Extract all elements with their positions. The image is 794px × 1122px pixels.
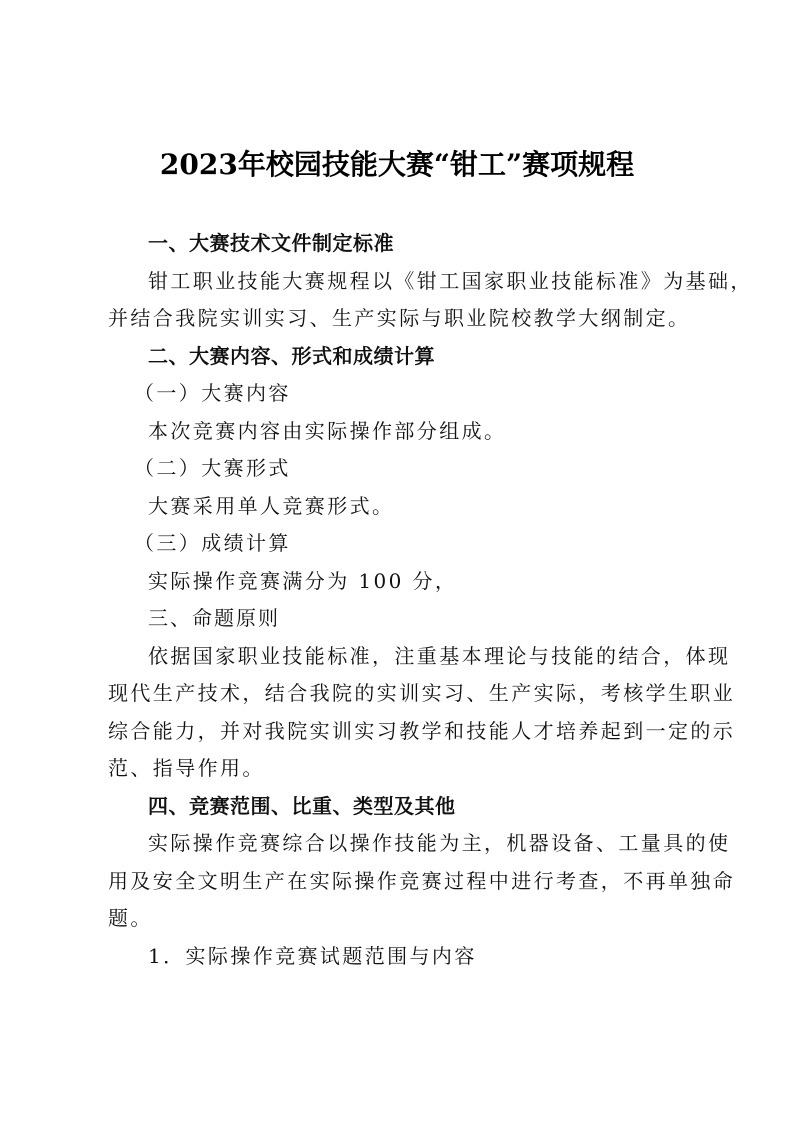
paragraph-line: 并结合我院实训实习、生产实际与职业院校教学大纲制定。 bbox=[108, 303, 708, 333]
document-title: 2023年校园技能大赛“钳工”赛项规程 bbox=[0, 143, 794, 187]
section-heading-1: 一、大赛技术文件制定标准 bbox=[148, 228, 748, 258]
paragraph-line: 钳工职业技能大赛规程以《钳工国家职业技能标准》为基础， bbox=[148, 266, 708, 296]
list-item: 1．实际操作竞赛试题范围与内容 bbox=[148, 941, 748, 971]
subsection-text-3: 实际操作竞赛满分为 100 分， bbox=[148, 566, 748, 596]
paragraph-line: 实际操作竞赛综合以操作技能为主，机器设备、工量具的使 bbox=[148, 828, 708, 858]
subsection-heading-2: （二）大赛形式 bbox=[134, 453, 734, 483]
document-page: 2023年校园技能大赛“钳工”赛项规程 一、大赛技术文件制定标准 钳工职业技能大… bbox=[0, 0, 794, 1122]
paragraph-line: 范、指导作用。 bbox=[108, 753, 708, 783]
paragraph-line: 依据国家职业技能标准，注重基本理论与技能的结合，体现 bbox=[148, 641, 708, 671]
paragraph-line: 综合能力，并对我院实训实习教学和技能人才培养起到一定的示 bbox=[108, 716, 708, 746]
section-heading-2: 二、大赛内容、形式和成绩计算 bbox=[148, 341, 748, 371]
paragraph-line: 现代生产技术，结合我院的实训实习、生产实际，考核学生职业 bbox=[108, 678, 708, 708]
paragraph-line: 用及安全文明生产在实际操作竞赛过程中进行考查，不再单独命 bbox=[108, 866, 708, 896]
paragraph-line: 题。 bbox=[108, 903, 708, 933]
section-heading-3: 三、命题原则 bbox=[148, 603, 748, 633]
subsection-heading-1: （一）大赛内容 bbox=[134, 378, 734, 408]
section-heading-4: 四、竞赛范围、比重、类型及其他 bbox=[148, 791, 748, 821]
subsection-text-1: 本次竞赛内容由实际操作部分组成。 bbox=[148, 416, 748, 446]
subsection-heading-3: （三）成绩计算 bbox=[134, 528, 734, 558]
subsection-text-2: 大赛采用单人竞赛形式。 bbox=[148, 491, 748, 521]
